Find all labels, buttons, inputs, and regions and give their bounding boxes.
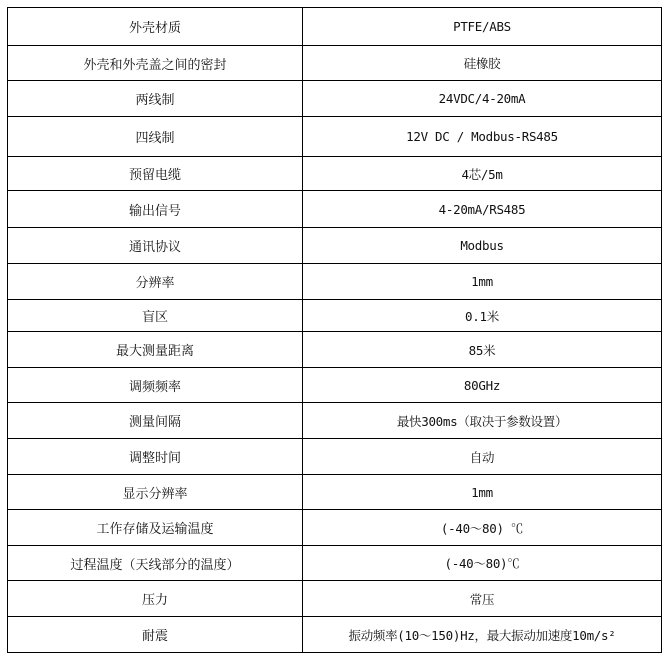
param-name-cell: 外壳和外壳盖之间的密封 — [8, 46, 303, 81]
table-row: 预留电缆 4芯/5m — [8, 157, 662, 191]
param-value-cell: (-40～80)℃ — [303, 546, 662, 581]
table-row: 压力 常压 — [8, 581, 662, 617]
table-row: 调频频率 80GHz — [8, 368, 662, 403]
param-value-cell: 1mm — [303, 475, 662, 510]
param-name-cell: 盲区 — [8, 300, 303, 332]
param-name-cell: 调整时间 — [8, 439, 303, 475]
param-value-cell: 0.1米 — [303, 300, 662, 332]
param-value-cell: PTFE/ABS — [303, 8, 662, 46]
param-value-cell: 1mm — [303, 264, 662, 300]
param-name-cell: 工作存储及运输温度 — [8, 510, 303, 546]
param-name-cell: 通讯协议 — [8, 228, 303, 264]
param-value-cell: 硅橡胶 — [303, 46, 662, 81]
param-value-cell: 4芯/5m — [303, 157, 662, 191]
table-row: 耐震 振动频率(10～150)Hz，最大振动加速度10m/s² — [8, 617, 662, 653]
table-row: 显示分辨率 1mm — [8, 475, 662, 510]
table-row: 两线制 24VDC/4-20mA — [8, 81, 662, 117]
spec-table-body: 外壳材质 PTFE/ABS 外壳和外壳盖之间的密封 硅橡胶 两线制 24VDC/… — [8, 8, 662, 653]
param-value-cell: 85米 — [303, 332, 662, 368]
param-name-cell: 耐震 — [8, 617, 303, 653]
param-name-cell: 预留电缆 — [8, 157, 303, 191]
param-name-cell: 四线制 — [8, 117, 303, 157]
table-row: 通讯协议 Modbus — [8, 228, 662, 264]
param-name-cell: 压力 — [8, 581, 303, 617]
param-name-cell: 最大测量距离 — [8, 332, 303, 368]
table-row: 测量间隔 最快300ms（取决于参数设置） — [8, 403, 662, 439]
table-row: 外壳和外壳盖之间的密封 硅橡胶 — [8, 46, 662, 81]
table-row: 过程温度（天线部分的温度） (-40～80)℃ — [8, 546, 662, 581]
param-name-cell: 测量间隔 — [8, 403, 303, 439]
param-value-cell: 4-20mA/RS485 — [303, 191, 662, 228]
param-value-cell: (-40～80) ℃ — [303, 510, 662, 546]
param-value-cell: 常压 — [303, 581, 662, 617]
param-name-cell: 分辨率 — [8, 264, 303, 300]
table-row: 盲区 0.1米 — [8, 300, 662, 332]
param-name-cell: 输出信号 — [8, 191, 303, 228]
param-value-cell: 振动频率(10～150)Hz，最大振动加速度10m/s² — [303, 617, 662, 653]
table-row: 分辨率 1mm — [8, 264, 662, 300]
param-value-cell: 最快300ms（取决于参数设置） — [303, 403, 662, 439]
table-row: 最大测量距离 85米 — [8, 332, 662, 368]
param-value-cell: 80GHz — [303, 368, 662, 403]
param-value-cell: Modbus — [303, 228, 662, 264]
param-value-cell: 24VDC/4-20mA — [303, 81, 662, 117]
param-name-cell: 外壳材质 — [8, 8, 303, 46]
param-value-cell: 12V DC / Modbus-RS485 — [303, 117, 662, 157]
table-row: 外壳材质 PTFE/ABS — [8, 8, 662, 46]
spec-table: 外壳材质 PTFE/ABS 外壳和外壳盖之间的密封 硅橡胶 两线制 24VDC/… — [7, 7, 662, 653]
param-name-cell: 显示分辨率 — [8, 475, 303, 510]
param-name-cell: 过程温度（天线部分的温度） — [8, 546, 303, 581]
table-row: 调整时间 自动 — [8, 439, 662, 475]
param-value-cell: 自动 — [303, 439, 662, 475]
param-name-cell: 调频频率 — [8, 368, 303, 403]
table-row: 输出信号 4-20mA/RS485 — [8, 191, 662, 228]
table-row: 工作存储及运输温度 (-40～80) ℃ — [8, 510, 662, 546]
param-name-cell: 两线制 — [8, 81, 303, 117]
table-row: 四线制 12V DC / Modbus-RS485 — [8, 117, 662, 157]
